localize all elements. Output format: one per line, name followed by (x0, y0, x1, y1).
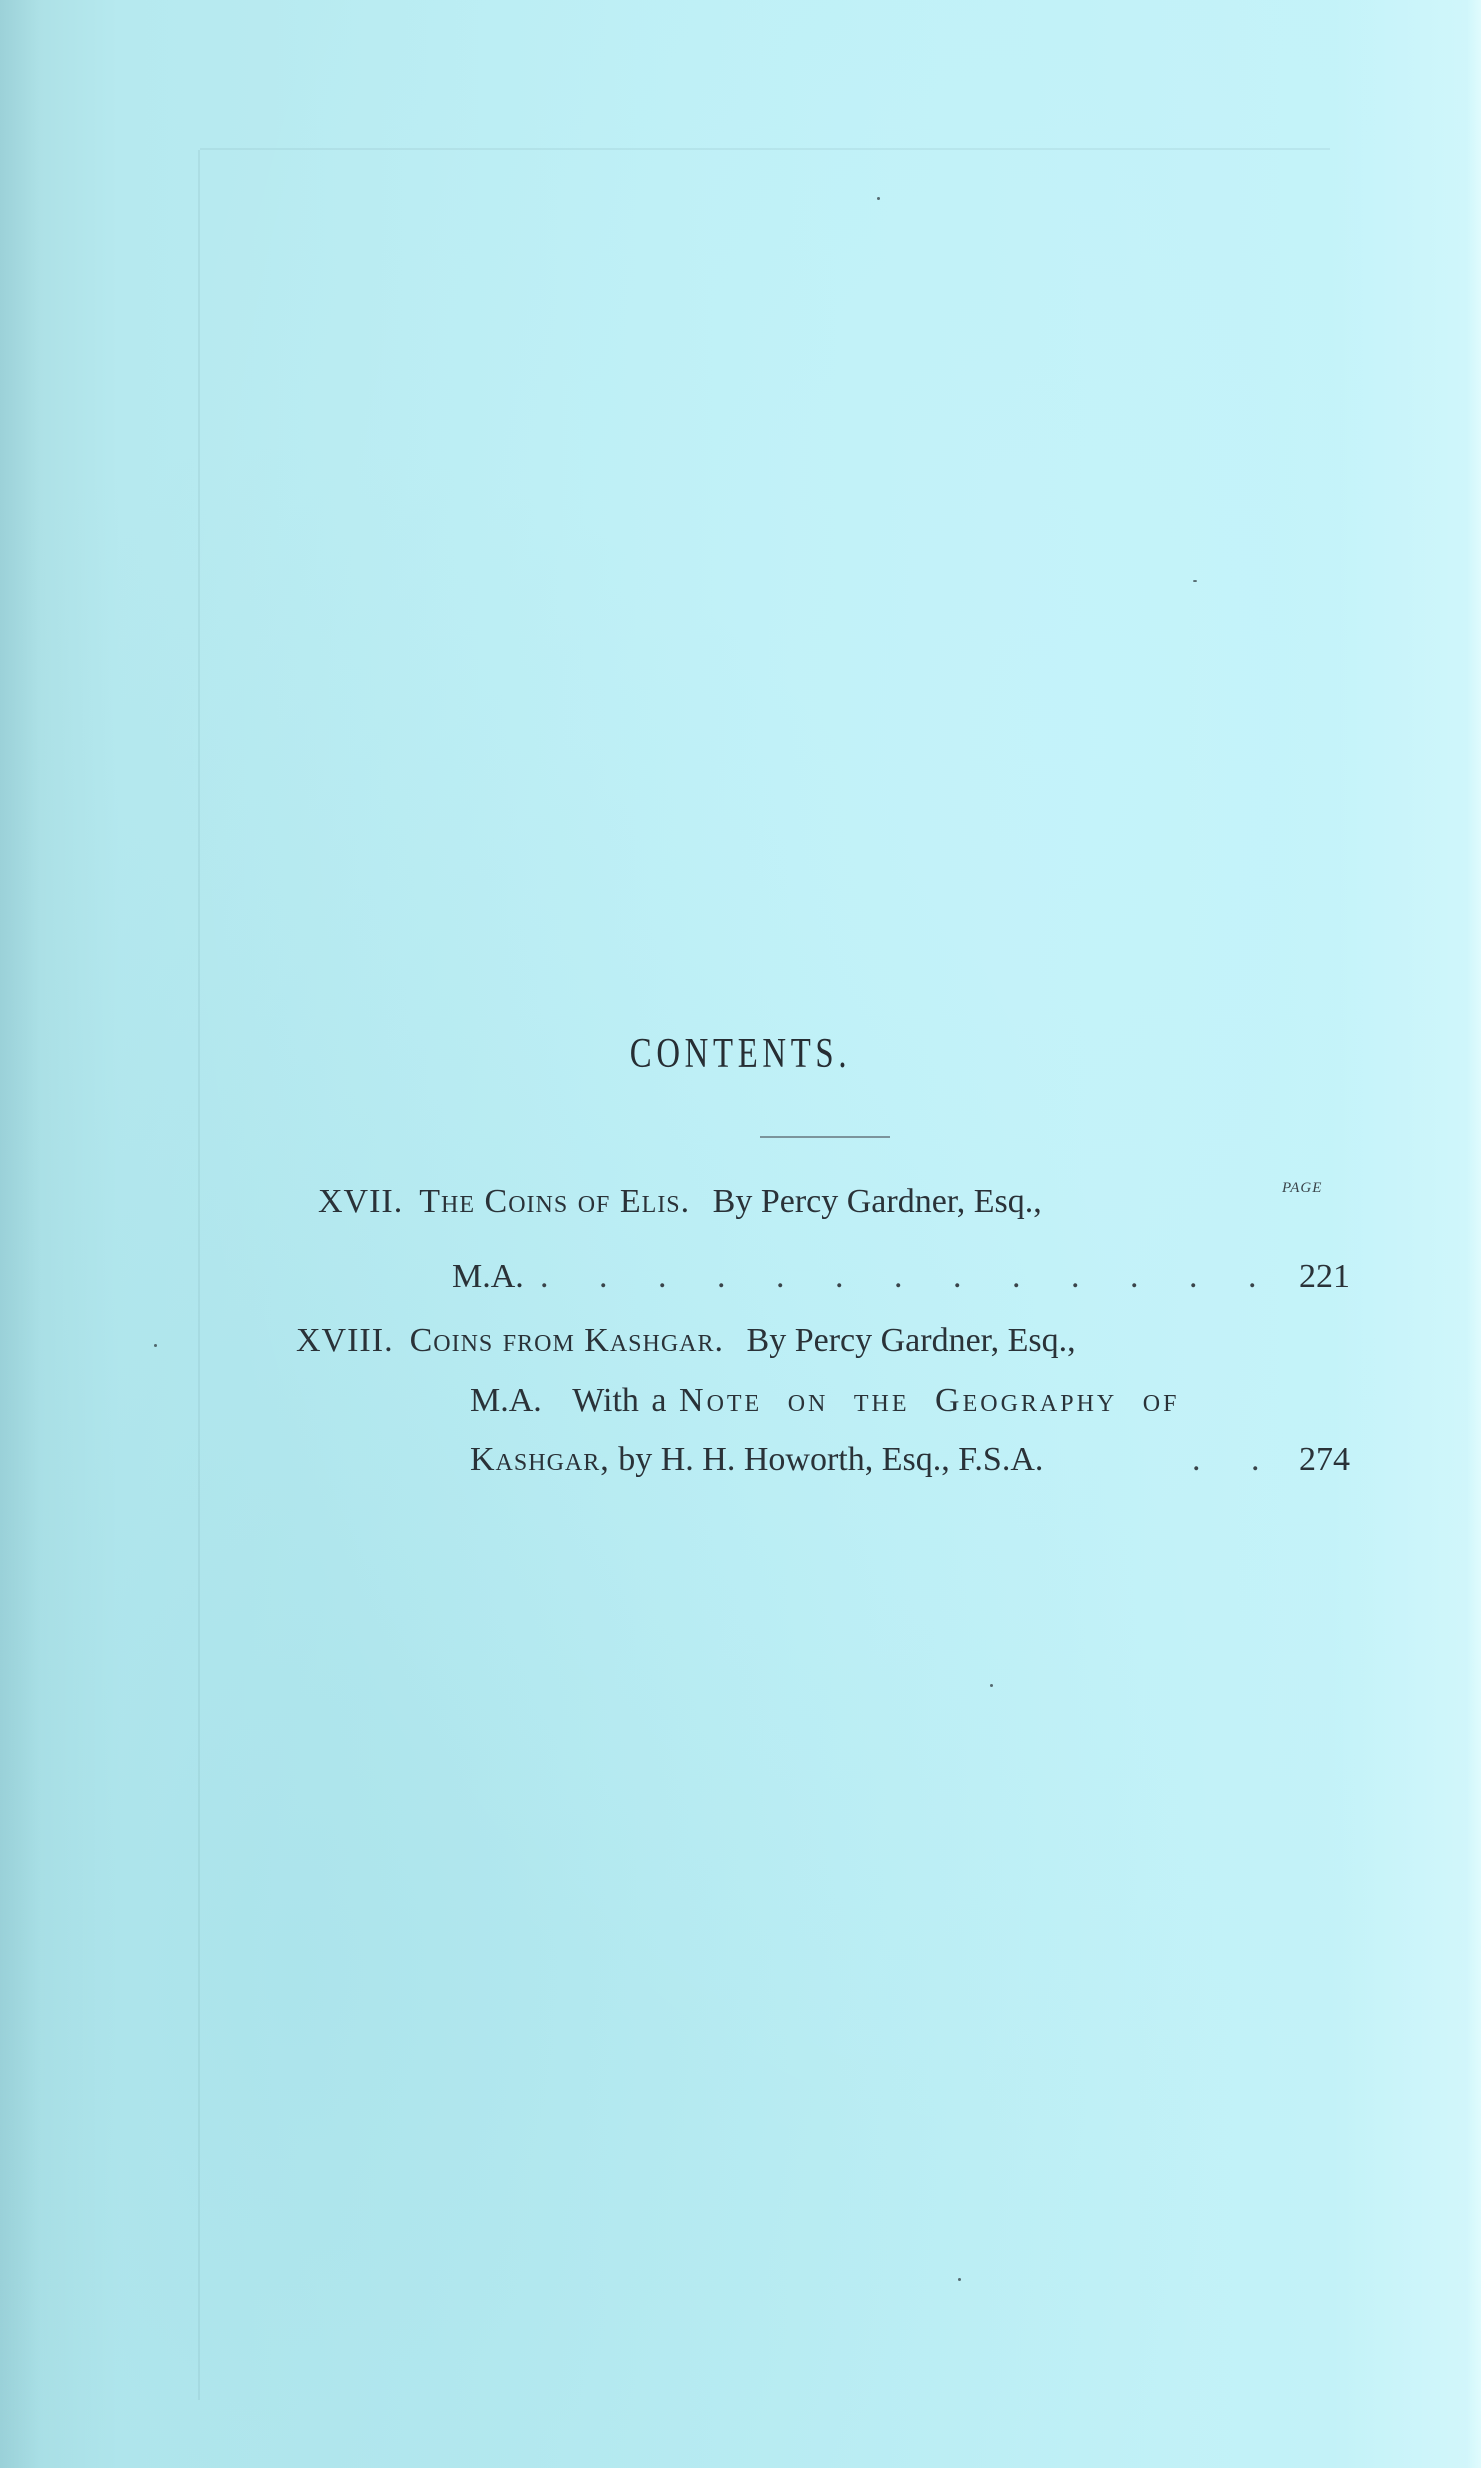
show-through-border (198, 150, 200, 2400)
contents-heading: CONTENTS. (163, 1030, 1318, 1078)
paper-speck (958, 2278, 961, 2281)
entry-note-place: Kashgar, (470, 1441, 610, 1478)
toc-entry-xviii-line-2: M.A. With a Note on the Geography of (470, 1382, 1179, 1420)
paper-speck (990, 1684, 993, 1687)
toc-entry-xviii-line-3: Kashgar, by H. H. Howorth, Esq., F.S.A. (470, 1441, 1043, 1479)
toc-entry-xvii-line-2: M.A. (452, 1258, 524, 1296)
entry-page-number: 274 (1280, 1441, 1350, 1479)
dot-leader: . . . (1192, 1441, 1282, 1475)
entry-numeral: XVII. (318, 1183, 403, 1220)
entry-author: By Percy Gardner, Esq., (713, 1183, 1042, 1220)
paper-speck (154, 1344, 157, 1347)
heading-divider (760, 1136, 890, 1138)
page-edge (1467, 0, 1481, 2468)
entry-page-number: 221 (1280, 1258, 1350, 1296)
paper-speck (1193, 580, 1197, 582)
toc-entry-xviii-line-1: XVIII.Coins from Kashgar. By Percy Gardn… (296, 1322, 1076, 1360)
page-gutter-shadow (0, 0, 40, 2468)
entry-degree: M.A. (470, 1382, 542, 1419)
show-through-rule (200, 148, 1330, 150)
entry-title: The Coins of Elis. (419, 1183, 690, 1220)
toc-entry-xvii-line-1: XVII.The Coins of Elis. By Percy Gardner… (318, 1183, 1042, 1221)
entry-note-author: by H. H. Howorth, Esq., F.S.A. (618, 1441, 1043, 1478)
entry-degree: M.A. (452, 1258, 524, 1295)
dot-leader: . . . . . . . . . . . . . . . (540, 1258, 1260, 1292)
entry-numeral: XVIII. (296, 1322, 394, 1359)
entry-note-prefix: With a (572, 1382, 666, 1419)
entry-note-title: Note on the Geography of (679, 1382, 1179, 1419)
entry-author: By Percy Gardner, Esq., (747, 1322, 1076, 1359)
page-column-label: PAGE (1282, 1180, 1322, 1197)
entry-title: Coins from Kashgar. (410, 1322, 724, 1359)
paper-speck (877, 197, 880, 200)
